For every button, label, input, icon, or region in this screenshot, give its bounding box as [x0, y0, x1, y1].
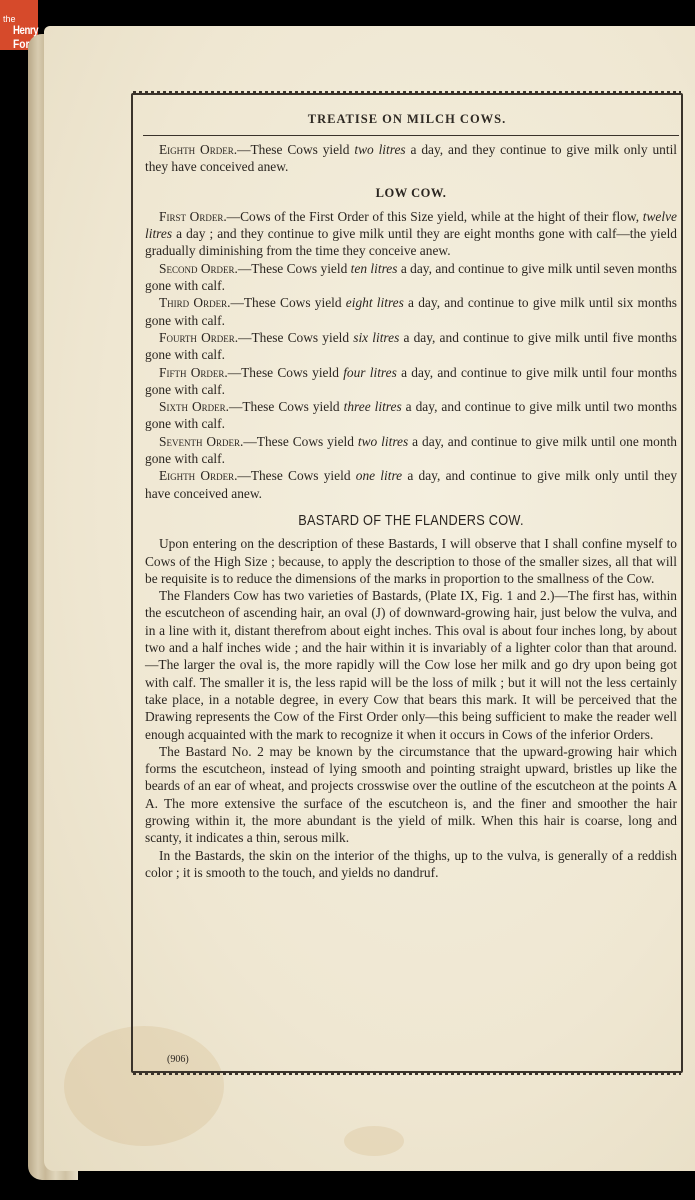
paragraph: Fourth Order.—These Cows yield six litre…: [145, 329, 677, 364]
paragraph: The Bastard No. 2 may be known by the ci…: [145, 743, 677, 847]
yield-amount: one litre: [356, 468, 402, 483]
paragraph: The Flanders Cow has two varieties of Ba…: [145, 587, 677, 743]
paper-stain: [344, 1126, 404, 1156]
yield-amount: three litres: [344, 399, 402, 414]
yield-amount: six litres: [353, 330, 399, 345]
running-head: TREATISE ON MILCH COWS.: [133, 112, 681, 127]
page-body: Eighth Order.—These Cows yield two litre…: [145, 141, 677, 881]
paragraph: Sixth Order.—These Cows yield three litr…: [145, 398, 677, 433]
paragraph: Upon entering on the description of thes…: [145, 535, 677, 587]
page-number: (906): [167, 1054, 189, 1065]
yield-amount: four litres: [343, 365, 397, 380]
order-label: First Order.: [159, 209, 227, 224]
order-label: Second Order.: [159, 261, 238, 276]
paragraph: Eighth Order.—These Cows yield one litre…: [145, 467, 677, 502]
order-label: Sixth Order.: [159, 399, 229, 414]
paragraph: Third Order.—These Cows yield eight litr…: [145, 294, 677, 329]
yield-amount: two litres: [354, 142, 405, 157]
logo-henry: Henry: [13, 24, 38, 36]
order-label: Fourth Order.: [159, 330, 238, 345]
order-label: Seventh Order.: [159, 434, 243, 449]
section-heading: BASTARD OF THE FLANDERS COW.: [185, 512, 637, 529]
ornamental-text-frame: TREATISE ON MILCH COWS. Eighth Order.—Th…: [131, 93, 683, 1073]
paragraph: Fifth Order.—These Cows yield four litre…: [145, 364, 677, 399]
paragraph: In the Bastards, the skin on the interio…: [145, 847, 677, 882]
paragraph: Seventh Order.—These Cows yield two litr…: [145, 433, 677, 468]
yield-amount: ten litres: [351, 261, 398, 276]
order-label: Fifth Order.: [159, 365, 228, 380]
paragraph: Second Order.—These Cows yield ten litre…: [145, 260, 677, 295]
order-label: Eighth Order.: [159, 142, 237, 157]
header-rule: [143, 135, 679, 136]
order-label: Eighth Order.: [159, 468, 237, 483]
yield-amount: eight litres: [346, 295, 404, 310]
paragraph: First Order.—Cows of the First Order of …: [145, 208, 677, 260]
paragraph: Eighth Order.—These Cows yield two litre…: [145, 141, 677, 176]
yield-amount: two litres: [358, 434, 408, 449]
section-heading: LOW COW.: [145, 185, 677, 202]
order-label: Third Order.: [159, 295, 230, 310]
